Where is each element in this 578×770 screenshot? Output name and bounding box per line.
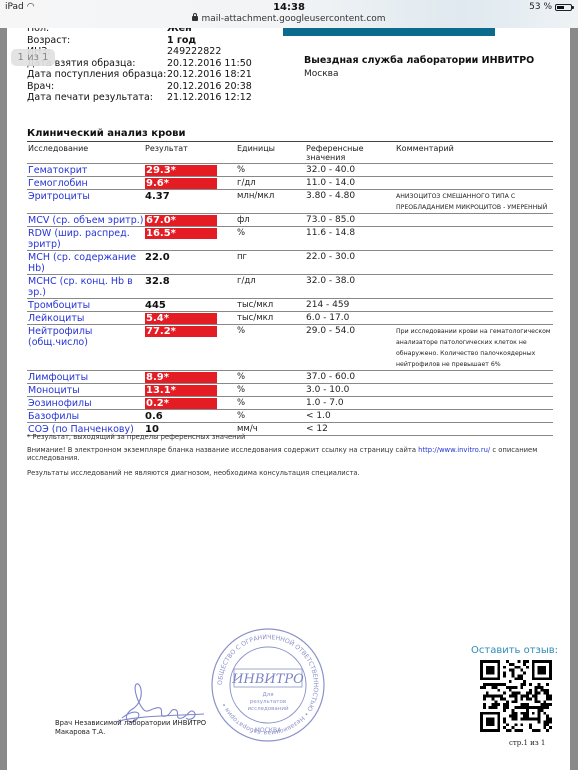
reference-range: 22.0 - 30.0 [305,251,395,275]
table-row: Гематокрит29.3*%32.0 - 40.0 [27,164,553,177]
units: % [236,227,305,251]
table-row: Лимфоциты8.9*%37.0 - 60.0 [27,371,553,384]
result-value: 29.3* [144,164,236,177]
page-number: стр.1 из 1 [509,739,545,747]
comment: АНИЗОЦИТОЗ СМЕШАННОГО ТИПА С ПРЕОБЛАДАНИ… [395,190,553,214]
lab-stamp: ОБЩЕСТВО С ОГРАНИЧЕННОЙ ОТВЕТСТВЕННОСТЬЮ… [209,626,327,744]
reference-range: 29.0 - 54.0 [305,325,395,371]
result-value: 5.4* [144,312,236,325]
table-row: MCHC (ср. конц. Hb в эр.)32.8г/дл32.0 - … [27,275,553,299]
units: г/дл [236,275,305,299]
test-name-link[interactable]: Базофилы [27,410,144,423]
test-name-link[interactable]: MCHC (ср. конц. Hb в эр.) [27,275,144,299]
units: фл [236,214,305,227]
test-name-link[interactable]: Лейкоциты [27,312,144,325]
table-header-row: Исследование Результат Единицы Референсн… [27,142,553,164]
comment [395,371,553,384]
info-label: Дата печати результата: [27,92,167,104]
result-value: 77.2* [144,325,236,371]
disclaimer: Результаты исследований не являются диаг… [27,469,547,477]
info-value: 20.12.2016 20:38 [167,81,252,93]
patient-info-row: ИНЗ:249222822 [27,46,252,58]
svg-text:исследований: исследований [247,705,288,712]
info-label: Возраст: [27,35,167,47]
reference-range: < 1.0 [305,410,395,423]
svg-text:Для: Для [262,692,273,698]
table-row: Эритроциты4.37млн/мкл3.80 - 4.80АНИЗОЦИТ… [27,190,553,214]
info-label: Дата поступления образца: [27,69,167,81]
result-value: 9.6* [144,177,236,190]
comment [395,384,553,397]
units: пг [236,251,305,275]
units: г/дл [236,177,305,190]
reference-range: 32.0 - 38.0 [305,275,395,299]
table-row: Нейтрофилы (общ.число)77.2*%29.0 - 54.0П… [27,325,553,371]
header-accent-bar [283,28,495,36]
table-row: Гемоглобин9.6*г/дл11.0 - 14.0 [27,177,553,190]
header-result: Результат [144,142,236,164]
invitro-link[interactable]: http://www.invitro.ru/ [418,446,490,454]
units: тыс/мкл [236,312,305,325]
result-value: 67.0* [144,214,236,227]
table-row: MCH (ср. содержание Hb)22.0пг22.0 - 30.0 [27,251,553,275]
battery-percent: 53 % [529,2,552,12]
reference-range: 3.80 - 4.80 [305,190,395,214]
comment [395,275,553,299]
patient-info-row: Дата печати результата:21.12.2016 12:12 [27,92,252,104]
result-value: 445 [144,299,236,312]
doctor-signoff: Врач Независимой лаборатории ИНВИТРО Мак… [55,719,206,737]
info-value: 20.12.2016 18:21 [167,69,252,81]
patient-info-row: Дата взятия образца:20.12.2016 11:50 [27,58,252,70]
comment [395,299,553,312]
reference-range: 11.0 - 14.0 [305,177,395,190]
asterisk-note: * Результат, выходящий за пределы рефере… [27,433,547,441]
patient-info-row: Дата поступления образца:20.12.2016 18:2… [27,69,252,81]
test-name-link[interactable]: Лимфоциты [27,371,144,384]
doctor-name: Макарова Т.А. [55,728,206,737]
svg-text:МОСКВА: МОСКВА [255,727,282,734]
result-value: 16.5* [144,227,236,251]
result-value: 22.0 [144,251,236,275]
result-value: 8.9* [144,371,236,384]
page-indicator-badge: 1 из 1 [11,49,55,66]
result-value: 0.6 [144,410,236,423]
result-value: 13.1* [144,384,236,397]
header-reference: Референсные значения [305,142,395,164]
reference-range: 37.0 - 60.0 [305,371,395,384]
comment [395,227,553,251]
reference-range: 214 - 459 [305,299,395,312]
test-name-link[interactable]: Тромбоциты [27,299,144,312]
test-name-link[interactable]: Моноциты [27,384,144,397]
patient-info-row: Возраст:1 год [27,35,252,47]
reference-range: 6.0 - 17.0 [305,312,395,325]
table-row: Лейкоциты5.4*тыс/мкл6.0 - 17.0 [27,312,553,325]
units: % [236,371,305,384]
result-value: 32.8 [144,275,236,299]
reference-range: 1.0 - 7.0 [305,397,395,410]
header-comment: Комментарий [395,142,553,164]
test-name-link[interactable]: Эозинофилы [27,397,144,410]
test-name-link[interactable]: RDW (шир. распред. эритр) [27,227,144,251]
test-name-link[interactable]: MCH (ср. содержание Hb) [27,251,144,275]
reference-range: 32.0 - 40.0 [305,164,395,177]
units: % [236,384,305,397]
comment [395,164,553,177]
result-value: 4.37 [144,190,236,214]
header-test: Исследование [27,142,144,164]
feedback-qr-code[interactable] [480,660,552,732]
comment [395,410,553,423]
attention-note: Внимание! В электронном экземпляре бланк… [27,446,547,462]
comment [395,251,553,275]
patient-info: Пол:ЖенВозраст:1 годИНЗ:249222822Дата вз… [27,28,252,104]
status-bar: iPad◠ 14:38 53 % mail-attachment.googleu… [0,0,578,28]
comment: При исследовании крови на гематологическ… [395,325,553,371]
info-value: 21.12.2016 12:12 [167,92,252,104]
units: млн/мкл [236,190,305,214]
test-name-link[interactable]: Нейтрофилы (общ.число) [27,325,144,371]
feedback-label: Оставить отзыв: [471,645,558,656]
info-value: 1 год [167,35,196,47]
comment [395,214,553,227]
svg-text:результатов: результатов [250,699,286,705]
document-page: Пол:ЖенВозраст:1 годИНЗ:249222822Дата вз… [7,28,570,770]
doctor-title: Врач Независимой лаборатории ИНВИТРО [55,719,206,728]
comment [395,312,553,325]
battery-icon [555,4,572,11]
units: % [236,164,305,177]
table-row: Базофилы0.6%< 1.0 [27,410,553,423]
info-value: 249222822 [167,46,221,58]
reference-range: 73.0 - 85.0 [305,214,395,227]
result-value: 0.2* [144,397,236,410]
units: % [236,397,305,410]
table-row: RDW (шир. распред. эритр)16.5*%11.6 - 14… [27,227,553,251]
test-name-link[interactable]: MCV (ср. объем эритр.) [27,214,144,227]
url-text: mail-attachment.googleusercontent.com [201,14,385,24]
info-label: Врач: [27,81,167,93]
section-title: Клинический анализ крови [27,128,185,139]
comment [395,177,553,190]
units: % [236,325,305,371]
svg-text:ИНВИТРО: ИНВИТРО [231,672,304,687]
units: % [236,410,305,423]
test-name-link[interactable]: Эритроциты [27,190,144,214]
clock: 14:38 [0,2,578,13]
units: тыс/мкл [236,299,305,312]
lock-icon [192,16,198,21]
comment [395,397,553,410]
reference-range: 11.6 - 14.8 [305,227,395,251]
test-name-link[interactable]: Гемоглобин [27,177,144,190]
patient-info-row: Врач:20.12.2016 20:38 [27,81,252,93]
header-units: Единицы [236,142,305,164]
address-bar[interactable]: mail-attachment.googleusercontent.com [0,14,578,24]
table-row: MCV (ср. объем эритр.)67.0*фл73.0 - 85.0 [27,214,553,227]
results-table: Исследование Результат Единицы Референсн… [27,141,553,436]
lab-city: Москва [304,69,338,79]
reference-range: 3.0 - 10.0 [305,384,395,397]
lab-name: Выездная служба лаборатории ИНВИТРО [304,55,534,66]
test-name-link[interactable]: Гематокрит [27,164,144,177]
info-value: 20.12.2016 11:50 [167,58,252,70]
table-row: Моноциты13.1*%3.0 - 10.0 [27,384,553,397]
table-row: Эозинофилы0.2*%1.0 - 7.0 [27,397,553,410]
table-row: Тромбоциты445тыс/мкл214 - 459 [27,299,553,312]
